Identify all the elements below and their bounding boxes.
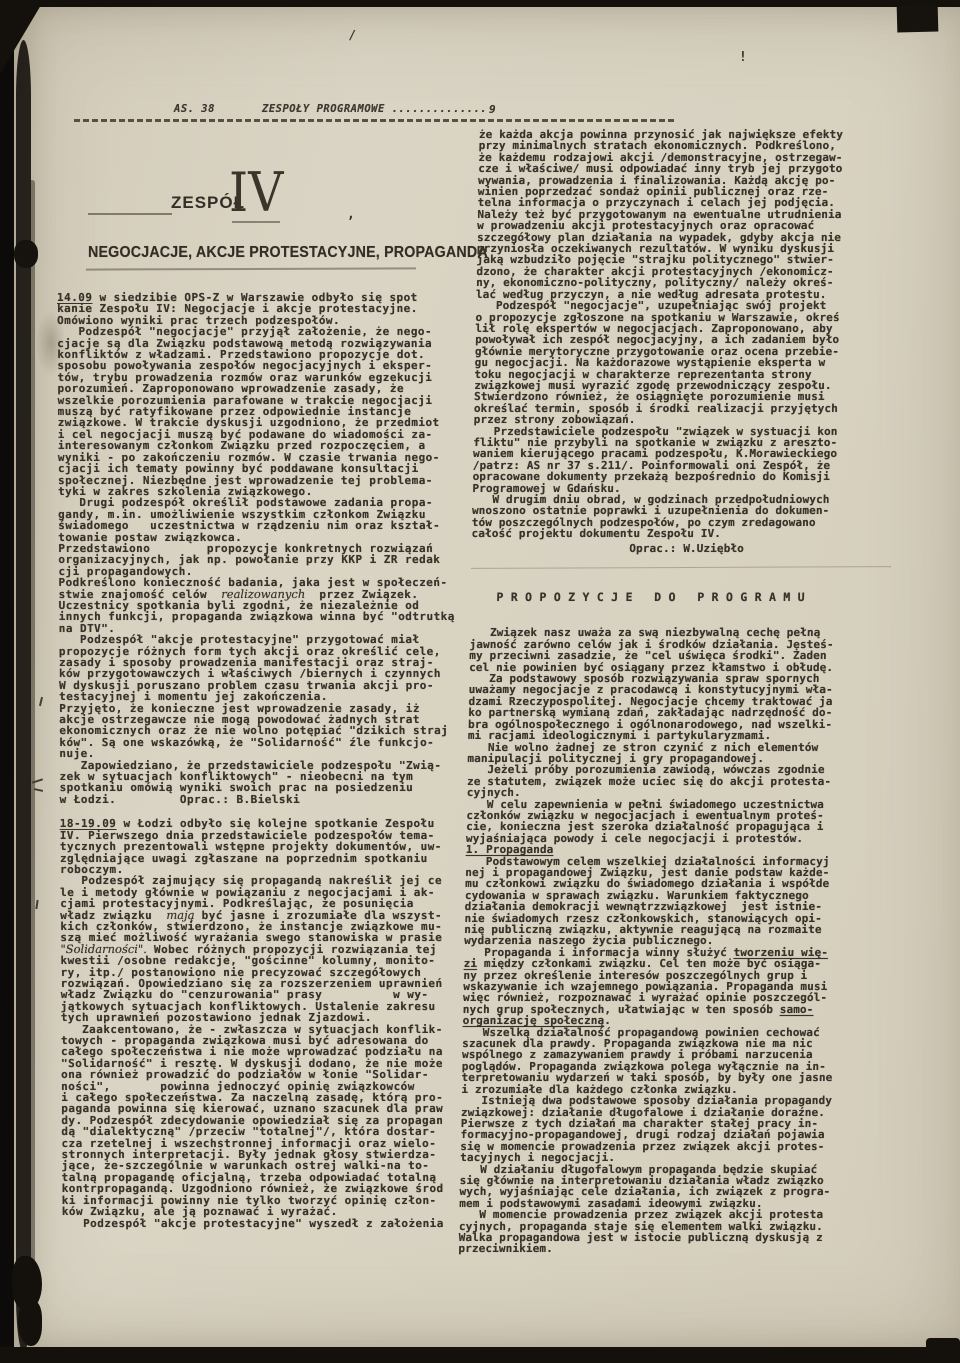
stray-typed-mark: / (349, 28, 356, 42)
credit-line: Oprac.: W.Uziębło (629, 543, 909, 554)
header-section-title: ZESPOŁY PROGRAMOWE .............. (262, 103, 487, 115)
paragraph-podzespol-propaganda: Podzespół zajmujący się propagandą nakre… (60, 875, 471, 1023)
propaganda-subheading: 1. Propaganda (466, 844, 904, 855)
header-page-number: 9 (489, 103, 496, 116)
report-18-19-09-intro: 18-19.09 w Łodzi odbyło się kolejne spot… (60, 818, 470, 875)
header-dashed-rule (74, 119, 674, 122)
left-column: 14.09 w siedzibie OPS-Z w Warszawie odby… (57, 292, 472, 1229)
paragraph-continuation-lead: Podzespół "akcje protestacyjne" wyszedł … (62, 1218, 472, 1229)
masthead-roman-numeral: IV (229, 166, 283, 220)
paragraph-szacunek-dla-prawdy: Wszelką działalność propagandową powinie… (458, 1027, 900, 1255)
scanned-bulletin-page: { "header": { "issue": "AS. 38", "sectio… (0, 0, 960, 1363)
scan-blot-bottom-left-2 (18, 1300, 42, 1346)
section-separator (471, 566, 891, 569)
scan-edge-left-shadow (29, 180, 35, 1330)
stray-typed-mark: ! (739, 50, 747, 65)
paragraph-eksperci: Podzespół "negocjacje", uzupełniając swó… (474, 300, 914, 425)
paragraph-morawiecki: Przedstawiciele podzespołu "związek w sy… (472, 426, 911, 494)
paragraph-negocjacje: Podzespół "negocjacje" przyjął założenie… (57, 326, 468, 497)
paragraph-drugi-dzien: W drugim dniu obrad, w godzinach przedpo… (471, 494, 910, 540)
scan-mark-top-right (897, 4, 939, 32)
stray-typed-mark: , (347, 207, 355, 222)
report-14-09-intro: 14.09 w siedzibie OPS-Z w Warszawie odby… (57, 292, 467, 326)
scan-blot-left (14, 240, 38, 268)
paragraph-wiezi: Propaganda i informacja winny służyć two… (463, 947, 902, 1027)
paragraph-propaganda-cel: Podstawowym celem wszelkiej działalności… (464, 856, 904, 947)
header-issue-number: AS. 38 (174, 103, 215, 115)
section-title: NEGOCJACJE, AKCJE PROTESTACYJNE, PROPAGA… (88, 244, 488, 262)
paragraph-akcje-efekty: że każda akcja powinna przynosić jak naj… (476, 129, 917, 300)
masthead-underline (88, 213, 172, 215)
masthead-underline-2 (232, 221, 280, 223)
scan-edge-bottom (0, 1347, 960, 1363)
scan-edge-top (0, 0, 960, 7)
scan-edge-bottom-right (926, 1338, 960, 1350)
paragraph-propaganda: Drugi podzespół określił podstawowe zada… (58, 497, 469, 634)
paragraph-akcje-protestacyjne: Podzespół "akcje protestacyjne" przygoto… (59, 634, 470, 759)
paragraph-zapowiedz-credit: Zapowiedziano, że przedstawiciele podzes… (59, 760, 469, 806)
paragraph-zaakcentowano: Zaakcentowano, że - zwłaszcza w sytuacja… (61, 1024, 472, 1218)
paragraph-program-intro: Związek nasz uważa za swą niezbywalną ce… (466, 627, 908, 844)
propozycje-heading: P R O P O Z Y C J E D O P R O G R A M U (496, 592, 908, 603)
right-column: że każda akcja powinna przynosić jak naj… (458, 129, 917, 1255)
